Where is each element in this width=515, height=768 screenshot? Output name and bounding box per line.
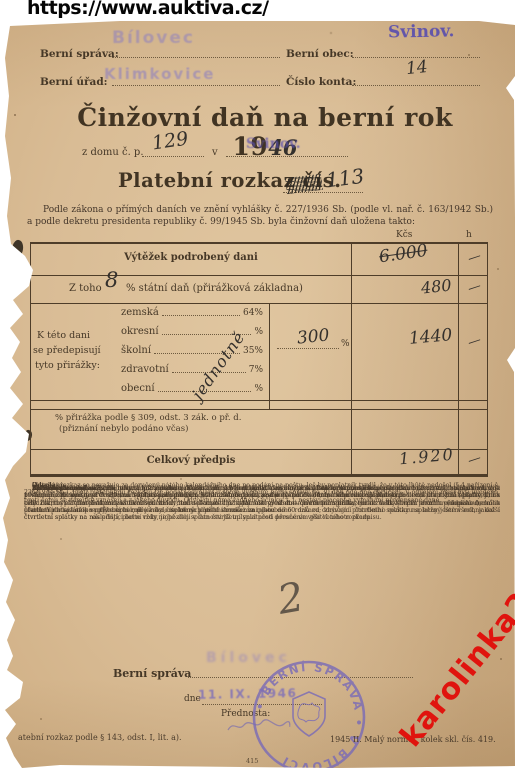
p309-label-line1: % přirážka podle § 309, odst. 3 zák. o p… [55,413,241,423]
in-label: v [212,147,218,158]
vytezek-h-dash: — [466,248,483,266]
scanned-document-paper: Svinov. Berní správa: Bílovec Berní úřad… [0,18,515,768]
table-divider-heller [458,244,459,474]
stamp-lion-emblem [298,703,320,722]
total-kcs-handwritten: 1.920 [398,445,455,469]
surcharge-pct: 35% [243,346,263,356]
statni-dan-label-pre: Z toho [69,283,102,294]
surcharge-name: obecní [121,383,155,394]
vytezek-label: Výtěžek podrobený dani [31,252,351,263]
source-url-text: https://www.auktiva.cz/ [27,0,269,19]
p309-label-line2: (přiznání nebylo podáno včas) [59,424,188,434]
surcharge-pct: % [254,384,263,394]
torn-edge-shadow [10,239,25,259]
surcharge-side-label-1: K této dani [37,330,90,341]
tax-table: Výtěžek podrobený dani 6.000 — Z toho 8 … [30,242,488,477]
form-page-number: 415 [246,757,258,765]
legal-text: Nezaplatíte-li daň včas, bude vymáhána e… [24,485,384,492]
office-stamp-bilovec: Bílovec [112,28,195,48]
footnote-form-reference: atební rozkaz podle § 143, odst. I, lit.… [18,733,182,742]
kcs-column-header: Kčs [396,230,412,240]
surcharge-name: zdravotní [121,364,169,375]
statni-dan-label: % státní daň (přirážková základna) [126,283,303,294]
surcharge-pct-sign: % [341,339,350,349]
surcharge-pct-line [277,340,339,349]
torn-edge-shadow [3,267,15,292]
footer-berni-sprava-label: Berní správa [113,667,191,680]
table-row-line [31,400,487,401]
table-divider-kcs [351,244,352,474]
surcharge-pct: 7% [249,365,263,375]
heller-column-header: h [466,230,472,240]
town-stamp-svinov-top: Svinov. [388,21,455,42]
statni-dan-h-dash: — [466,278,483,296]
surcharge-inner-divider [269,303,270,409]
round-official-stamp: • BERNÍ SPRÁVA • V BÍLOVCI [250,658,368,768]
surcharge-side-label-3: tyto přirážky: [35,360,100,371]
surcharge-row-zdravotni: zdravotní 7% [121,364,263,375]
surcharge-name: školní [121,345,151,356]
statni-dan-kcs-handwritten: 480 [420,275,452,297]
total-h-dash: — [466,450,483,468]
order-number-handwritten: 113 [325,164,366,192]
total-label: Celkový předpis [31,455,351,466]
svg-text:• BERNÍ SPRÁVA • V BÍLOVCI: • BERNÍ SPRÁVA • V BÍLOVCI [252,659,366,768]
surcharge-row-zemska: zemská 64% [121,307,263,318]
surcharge-pct: 64% [243,308,263,318]
berni-sprava-label: Berní správa: [40,48,119,60]
berni-urad-label: Berní úřad: [40,76,108,88]
surcharge-pct: % [254,327,263,337]
round-stamp-text: • BERNÍ SPRÁVA • V BÍLOVCI [252,659,366,768]
berni-obec-line [352,43,480,58]
surcharge-kcs-handwritten: 1440 [408,325,453,349]
berni-obec-label: Berní obec: [286,48,354,60]
intro-paragraph: Podle zákona o přímých daních ve znění v… [27,205,493,228]
statni-dan-pct-handwritten: 8 [105,268,118,292]
town-stamp-svinov-mid: Svinov. [246,136,301,152]
table-row-line [31,409,487,410]
source-url-bar: https://www.auktiva.cz/ [0,0,515,21]
surcharge-name: okresní [121,326,159,337]
surcharge-side-label-2: se předepisují [33,345,101,356]
surcharge-name: zemská [121,307,159,318]
surcharge-h-dash: — [466,332,483,350]
cislo-konta-value-handwritten: 14 [405,57,429,79]
cislo-konta-label: Číslo konta: [286,76,356,88]
vytezek-kcs-handwritten: 6.000 [378,241,429,268]
house-prefix-label: z domu č. p. [82,147,144,158]
office-stamp-klimkovice: Klimkovice [104,65,215,83]
legal-fine-print: Odvolání: Platební rozkaz se považuje za… [16,482,500,666]
table-row-line [31,275,487,276]
dotted-leader [162,315,240,316]
table-row-line [31,303,487,304]
